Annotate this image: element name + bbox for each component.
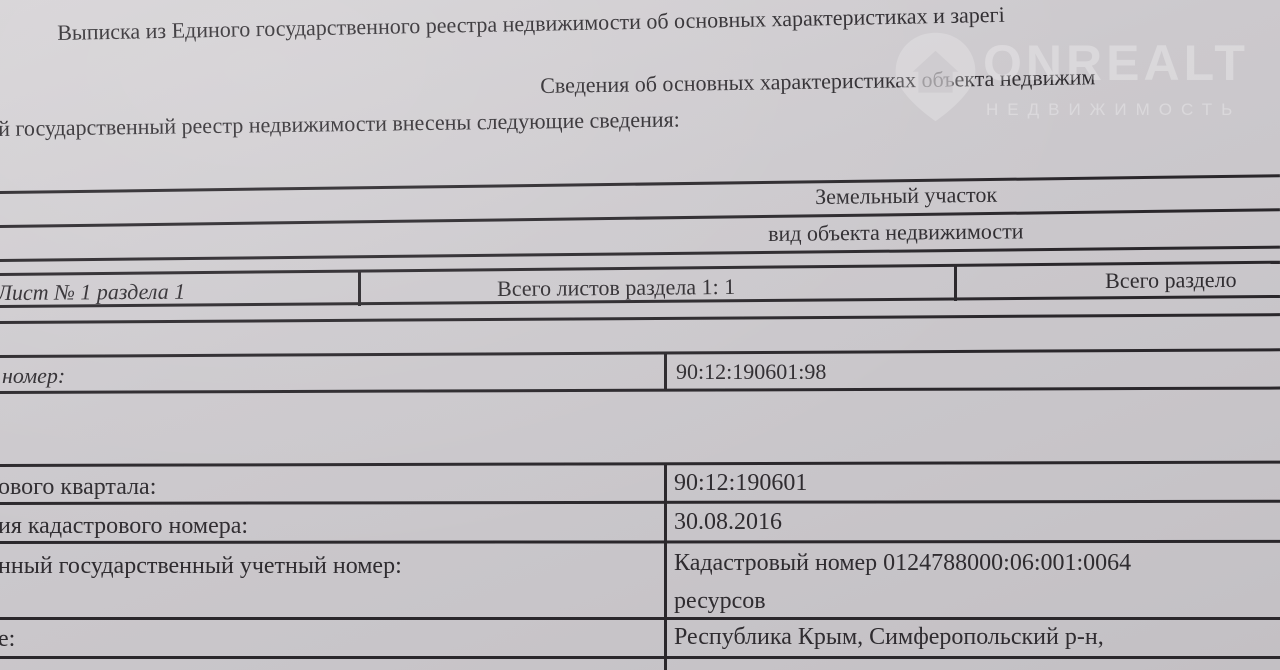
table-divider xyxy=(664,354,667,391)
field-value: 30.08.2016 xyxy=(674,509,782,536)
field-value-continued: ресурсов xyxy=(674,588,766,615)
total-sheets: Всего листов раздела 1: 1 xyxy=(497,274,735,302)
watermark-subtitle: НЕДВИЖИМОСТЬ xyxy=(986,100,1241,120)
document-photo: Выписка из Единого государственного реес… xyxy=(0,0,1280,670)
table-line xyxy=(0,313,1280,324)
table-divider xyxy=(358,272,361,306)
table-line xyxy=(0,617,1280,620)
table-divider xyxy=(664,464,667,670)
field-label: номер: xyxy=(2,363,65,389)
table-line xyxy=(0,208,1280,228)
table-line xyxy=(0,246,1280,262)
field-value: 90:12:190601 xyxy=(674,470,807,497)
object-type-value: Земельный участок xyxy=(815,182,997,210)
total-sections: Всего раздело xyxy=(1105,267,1237,294)
table-line xyxy=(0,174,1280,194)
object-type-caption: вид объекта недвижимости xyxy=(768,218,1024,247)
table-line xyxy=(0,387,1280,394)
table-line xyxy=(0,348,1280,358)
field-label: ового квартала: xyxy=(0,474,156,501)
field-label: е: xyxy=(0,626,15,653)
field-value: Кадастровый номер 0124788000:06:001:0064 xyxy=(674,550,1131,577)
field-label: нный государственный учетный номер: xyxy=(0,553,402,580)
table-divider xyxy=(954,265,957,301)
field-value: Республика Крым, Симферопольский р-н, xyxy=(674,624,1104,651)
table-line xyxy=(0,656,1280,659)
table-line xyxy=(0,461,1280,467)
table-line xyxy=(0,500,1280,505)
intro-line: й государственный реестр недвижимости вн… xyxy=(0,106,680,142)
extract-header: Выписка из Единого государственного реес… xyxy=(57,2,1005,46)
table-line xyxy=(0,540,1280,544)
sheet-number: Лист № 1 раздела 1 xyxy=(0,279,185,306)
table-line xyxy=(0,261,1280,276)
field-label: ия кадастрового номера: xyxy=(0,513,248,540)
section-title: Сведения об основных характеристиках объ… xyxy=(540,64,1095,99)
field-value: 90:12:190601:98 xyxy=(676,359,826,385)
